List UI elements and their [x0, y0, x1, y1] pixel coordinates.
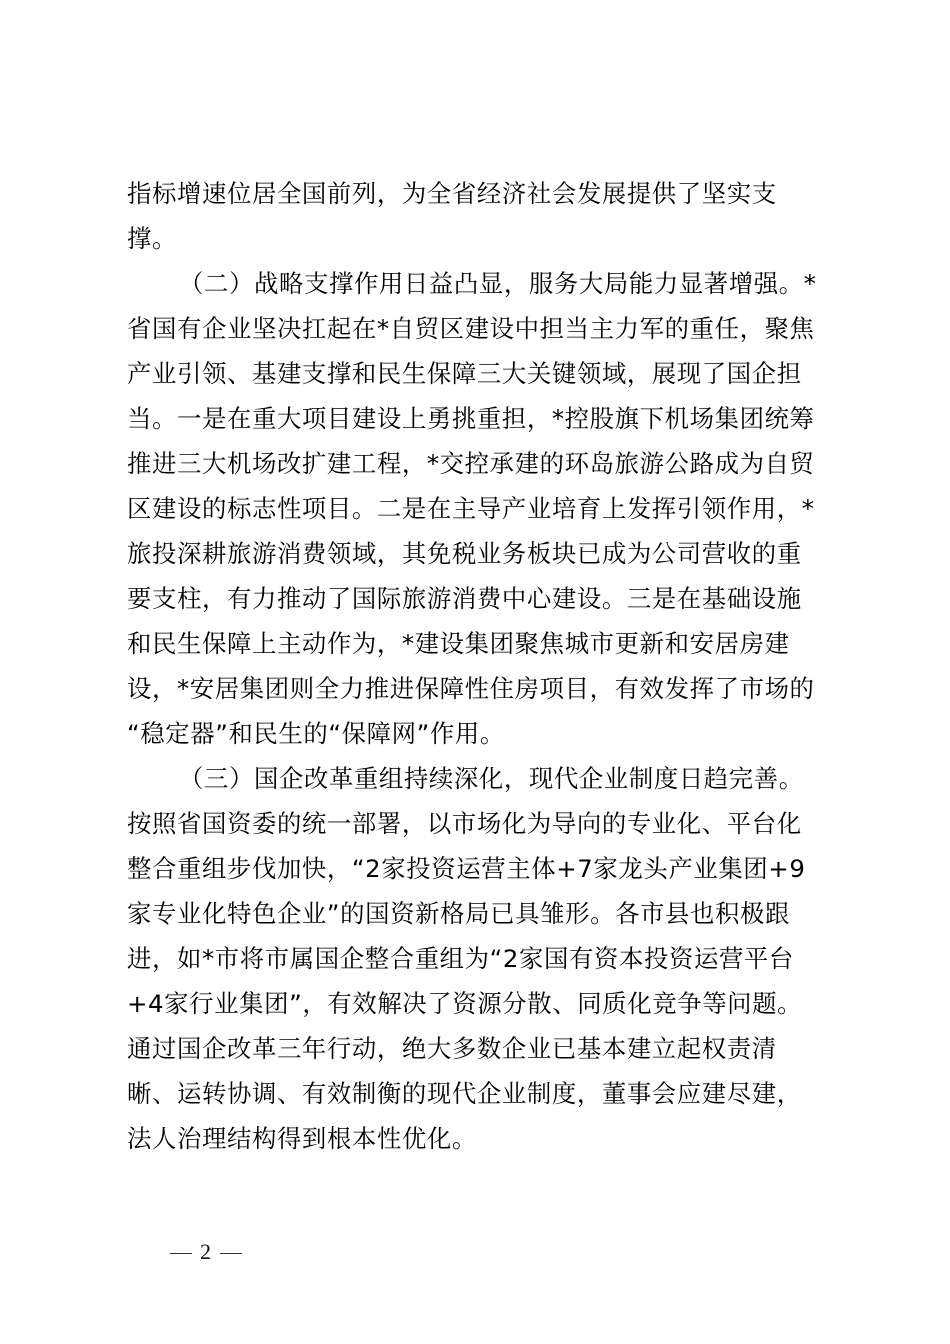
text-line: 家专业化特色企业”的国资新格局已具雏形。各市县也积极跟 — [127, 891, 835, 936]
dash-left — [170, 1253, 192, 1254]
text-line: 区建设的标志性项目。二是在主导产业培育上发挥引领作用，* — [127, 486, 835, 531]
document-body: 指标增速位居全国前列，为全省经济社会发展提供了坚实支 撑。 （二）战略支撑作用日… — [127, 171, 835, 1161]
text-line: 产业引领、基建支撑和民生保障三大关键领域，展现了国企担 — [127, 351, 835, 396]
section-heading-line: （三）国企改革重组持续深化，现代企业制度日趋完善。 — [127, 756, 835, 801]
text-line: +4家行业集团”，有效解决了资源分散、同质化竞争等问题。 — [127, 981, 835, 1026]
text-line: 推进三大机场改扩建工程，*交控承建的环岛旅游公路成为自贸 — [127, 441, 835, 486]
text-line: 法人治理结构得到根本性优化。 — [127, 1116, 835, 1161]
text-line: 指标增速位居全国前列，为全省经济社会发展提供了坚实支 — [127, 171, 835, 216]
document-page: 指标增速位居全国前列，为全省经济社会发展提供了坚实支 撑。 （二）战略支撑作用日… — [0, 0, 950, 1344]
text-line: 要支柱，有力推动了国际旅游消费中心建设。三是在基础设施 — [127, 576, 835, 621]
dash-right — [220, 1253, 242, 1254]
text-line: 省国有企业坚决扛起在*自贸区建设中担当主力军的重任，聚焦 — [127, 306, 835, 351]
section-heading-line: （二）战略支撑作用日益凸显，服务大局能力显著增强。* — [127, 261, 835, 306]
text-line: 旅投深耕旅游消费领域，其免税业务板块已成为公司营收的重 — [127, 531, 835, 576]
text-line: 撑。 — [127, 216, 835, 261]
page-number-value: 2 — [200, 1239, 212, 1264]
page-number: 2 — [162, 1238, 250, 1266]
text-line: 通过国企改革三年行动，绝大多数企业已基本建立起权责清 — [127, 1026, 835, 1071]
text-line: 晰、运转协调、有效制衡的现代企业制度，董事会应建尽建， — [127, 1071, 835, 1116]
text-line: 整合重组步伐加快，“2家投资运营主体+7家龙头产业集团+9 — [127, 846, 835, 891]
text-line: 和民生保障上主动作为，*建设集团聚焦城市更新和安居房建 — [127, 621, 835, 666]
text-line: “稳定器”和民生的“保障网”作用。 — [127, 711, 835, 756]
text-line: 按照省国资委的统一部署，以市场化为导向的专业化、平台化 — [127, 801, 835, 846]
text-line: 进，如*市将市属国企整合重组为“2家国有资本投资运营平台 — [127, 936, 835, 981]
text-line: 当。一是在重大项目建设上勇挑重担，*控股旗下机场集团统筹 — [127, 396, 835, 441]
text-line: 设，*安居集团则全力推进保障性住房项目，有效发挥了市场的 — [127, 666, 835, 711]
